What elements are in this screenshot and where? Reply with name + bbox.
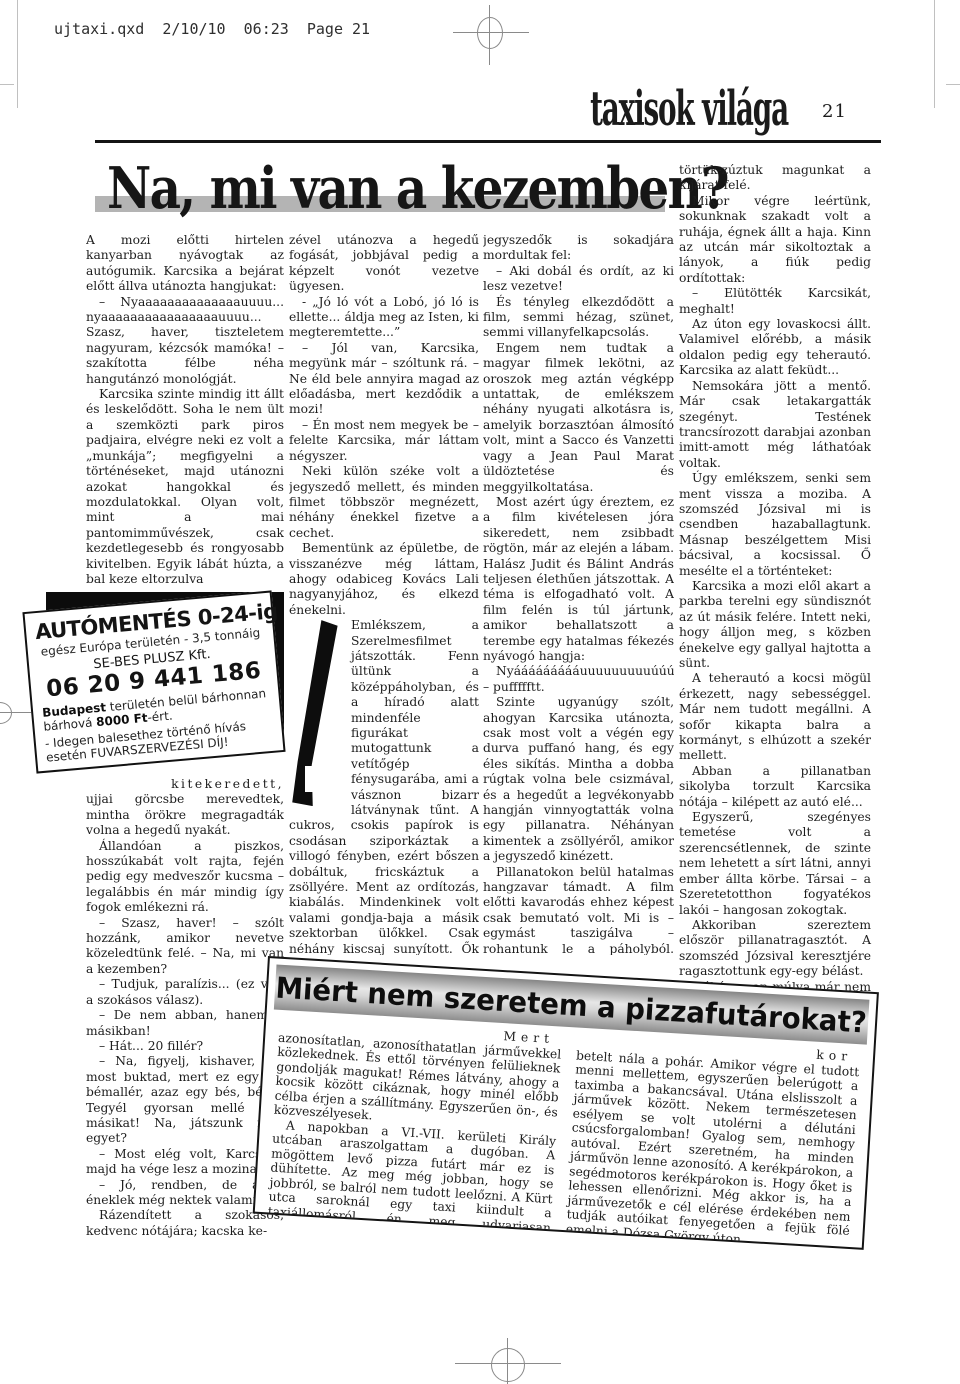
article2-skewed-box: Miért nem szeretem a pizzafutárokat? Mer… [253,956,879,1250]
article1-column2: zével utánozva a hegedű fogását, jobbjáv… [289,233,479,955]
paragraph: A napokban a VI.-VII. kerületi Király ut… [267,1117,557,1250]
paragraph: – Nyaaaaaaaaaaaaaauuuu... nyaaaaaaaaaaaa… [86,295,284,387]
print-slug: ujtaxi.qxd 2/10/10 06:23 Page 21 [54,20,370,38]
crop-dash-right [946,84,960,85]
masthead-logo: taxisok világa [568,84,788,134]
paragraph: Egyszerű, szegényes temetése volt a szer… [679,810,871,918]
ad-box: AUTÓMENTÉS 0-24-ig egész Európa területé… [22,590,285,773]
film-edge-mark-left [17,0,18,108]
paragraph: zével utánozva a hegedű fogását, jobbjáv… [289,233,479,295]
paragraph: Bementünk az épületbe, de visszanézve mé… [289,541,479,618]
paragraph: – Szasz, haver! – szólt hozzánk, amikor … [86,916,284,978]
registration-mark-bottom-circle [491,1348,525,1382]
paragraph: Karcsika a mozi elől akart a parkba tere… [679,579,871,671]
paragraph: betelt nála a pohár. Amikor végre el tud… [565,1048,859,1250]
paragraph: – Jól van, Karcsika, megyünk már – szólt… [289,341,479,418]
paragraph: jegyszedők is sokadjára mordultak fel: [483,233,674,264]
paragraph: Nemsokára jött a mentő. Már csak letakar… [679,379,871,471]
article1-column1-top: A mozi előtti hirtelen kanyarban nyávogt… [86,233,284,587]
paragraph: A teherautó a kocsi mögül érkezett, nagy… [679,671,871,763]
article1-column3: jegyszedők is sokadjára mordultak fel:– … [483,233,674,955]
paragraph: ujjai görcsbe merevedtek, mintha örökre … [86,792,284,838]
ad-price-post: -ért. [147,709,173,725]
paragraph: Az úton egy lovaskocsi állt. Valamivel e… [679,317,871,379]
paragraph: Akkoriban szereztem először pillanatraga… [679,918,871,980]
paragraph: – Hát... 20 fillér? [86,1039,284,1054]
wedge-white-notch [305,766,347,792]
paragraph: törtük-zúztuk magunkat a kijárat felé. [679,163,871,194]
article1-column4: törtük-zúztuk magunkat a kijárat felé.Mi… [679,163,871,1027]
hyphen-carry-line: kitekeredett, [86,777,284,792]
paragraph: Mikor végre leértünk, sokunknak szakadt … [679,194,871,286]
paragraph: – Aki dobál és ordít, az ki lesz vezetve… [483,264,674,295]
car-rescue-ad: AUTÓMENTÉS 0-24-ig egész Európa területé… [24,588,296,786]
paragraph: Állandóan a piszkos, hosszúkabát volt ra… [86,839,284,916]
paragraph: – Tudjuk, paralízis... (ez volt a szokás… [86,977,284,1008]
decorative-wedge [289,620,343,806]
paragraph: Karcsika szinte mindig itt állt és leske… [86,387,284,587]
paragraph: És tényleg elkezdődött a film, semmi héz… [483,295,674,341]
article2-right-paragraphs: betelt nála a pohár. Amikor végre el tud… [565,1048,859,1250]
paragraph: Pillanatokon belül hatalmas hangzavar tá… [483,865,674,955]
paragraph: Neki külön széke volt a jegyszedő mellet… [289,464,479,541]
article1-column4-paragraphs: törtük-zúztuk magunkat a kijárat felé.Mi… [679,163,871,1010]
paragraph: A mozi előtti hirtelen kanyarban nyávogt… [86,233,284,295]
article1-headline: Na, mi van a kezemben? [107,155,728,222]
registration-mark-left-circle [0,702,12,724]
article1-column2-paragraphs-a: zével utánozva a hegedű fogását, jobbjáv… [289,233,479,618]
paragraph: azonosítatlan, azonosíthatatlan járművek… [273,1030,561,1134]
crop-dash-left [0,84,14,85]
paragraph: Engem nem tudtak a magyar filmek lekötni… [483,341,674,495]
paragraph: – Na, figyelj, kishaver, ezt most buktad… [86,1054,284,1146]
paragraph: - „Jó ló vót a Lobó, jó ló is ellette...… [289,295,479,341]
article2-columns: Mert azonosítatlan, azonosíthatatlan jár… [254,1009,874,1250]
article1-column2-wrap-block: Emlékszem, a Szerelmesfilmet játszották.… [289,618,479,955]
paragraph: – Én most nem megyek be – felelte Karcsi… [289,418,479,464]
paragraph: Szinte ugyanúgy szólt, ahogyan Karcsika … [483,695,674,864]
article2-left-paragraphs: azonosítatlan, azonosíthatatlan járművek… [267,1030,562,1249]
paragraph: Nyáááááááááuuuuuuuuuúúúúú – puffffftt. [483,664,674,695]
page-number: 21 [822,101,847,122]
ad-price-bold: 8000 Ft [96,711,149,729]
paragraph: Abban a pillanatban sikolyba torzult Kar… [679,764,871,810]
paragraph: – De nem abban, hanem a másikban! [86,1008,284,1039]
article2-left-column: Mert azonosítatlan, azonosíthatatlan jár… [267,1016,563,1250]
registration-mark-top-circle [477,17,503,49]
paragraph: Úgy emlékszem, senki sem ment vissza a m… [679,471,871,579]
article2-right-column: kor betelt nála a pohár. Amikor végre el… [565,1033,861,1249]
film-edge-mark-right [934,0,935,108]
masthead-rule [95,140,881,143]
paragraph: Most azért úgy éreztem, ez a film kivéte… [483,495,674,664]
magazine-page: ujtaxi.qxd 2/10/10 06:23 Page 21 taxisok… [0,0,960,1384]
paragraph: – Elütötték Karcsikát, meghalt! [679,286,871,317]
